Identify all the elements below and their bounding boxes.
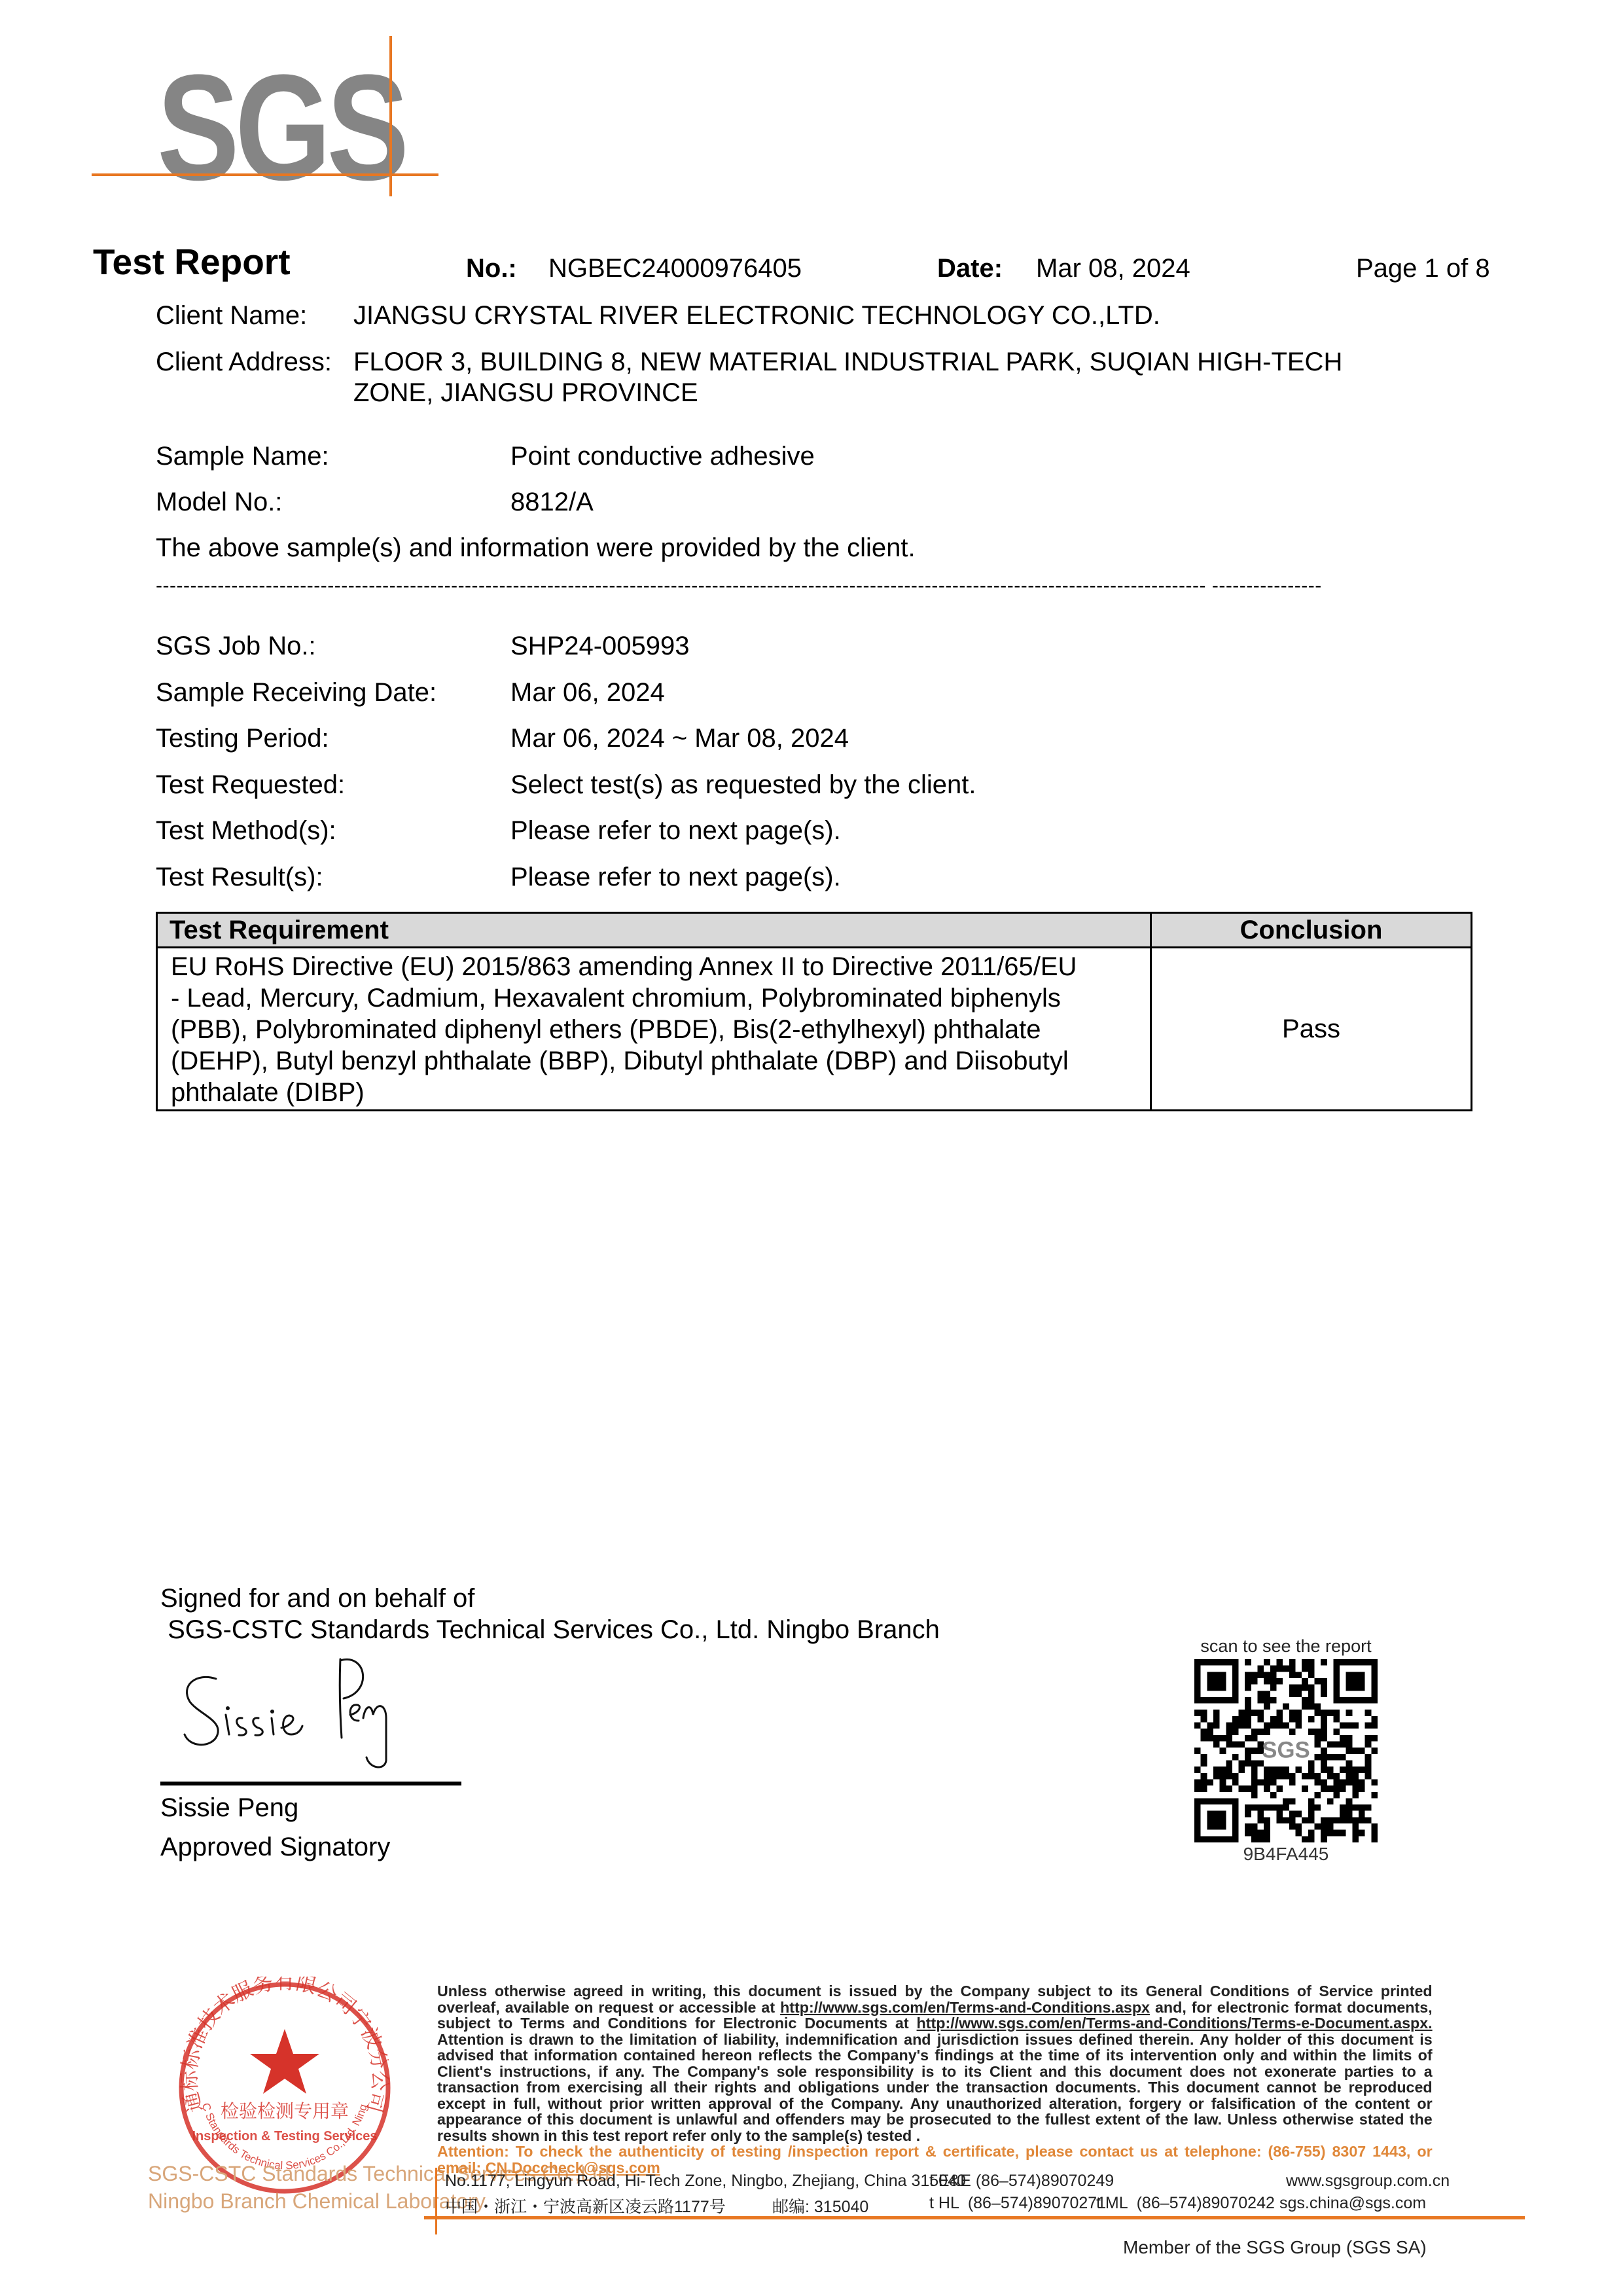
terms-conditions-link[interactable]: http://www.sgs.com/en/Terms-and-Conditio… [780, 1999, 1150, 2016]
postcode: 邮编: 315040 [772, 2194, 868, 2217]
address-vertical-rule [435, 2168, 437, 2234]
footer-orange-rule [424, 2216, 1525, 2219]
job-field-label: Test Result(s): [156, 863, 323, 892]
terms-e-document-link[interactable]: http://www.sgs.com/en/Terms-and-Conditio… [917, 2015, 1433, 2032]
logo-vertical-rule [389, 36, 392, 196]
handwritten-signature: Sissie Peng [177, 1653, 452, 1770]
requirement-line: EU RoHS Directive (EU) 2015/863 amending… [171, 951, 1137, 982]
qr-verification-code: 9B4FA445 [1178, 1844, 1394, 1865]
job-field-value: Mar 06, 2024 ~ Mar 08, 2024 [510, 724, 849, 753]
page-title: Test Report [93, 241, 291, 283]
phone-ml: t ML (86–574)89070242 [1096, 2194, 1275, 2213]
report-number-label: No.: [466, 254, 517, 283]
signing-company: SGS-CSTC Standards Technical Services Co… [160, 1615, 940, 1645]
qr-caption: scan to see the report [1178, 1636, 1394, 1657]
client-address-label: Client Address: [156, 348, 332, 377]
logo-horizontal-rule [92, 173, 438, 176]
requirement-line: (PBB), Polybrominated diphenyl ethers (P… [171, 1014, 1137, 1045]
svg-text:SGS: SGS [1262, 1738, 1310, 1763]
job-field-value: Mar 06, 2024 [510, 678, 665, 708]
job-field-value: Select test(s) as requested by the clien… [510, 770, 976, 800]
job-field-label: Test Requested: [156, 770, 345, 800]
authenticity-notice: Attention: To check the authenticity of … [437, 2144, 1433, 2176]
dashed-separator: ----------------------------------------… [156, 575, 1440, 597]
test-requirement-table: Test Requirement Conclusion EU RoHS Dire… [156, 912, 1472, 1111]
report-date: Mar 08, 2024 [1036, 254, 1190, 283]
sample-provided-note: The above sample(s) and information were… [156, 533, 916, 563]
sgs-logo: SGS [92, 36, 445, 206]
model-number-label: Model No.: [156, 488, 282, 517]
signature-line [160, 1782, 461, 1785]
client-address-line1: FLOOR 3, BUILDING 8, NEW MATERIAL INDUST… [353, 348, 1342, 377]
sample-name-label: Sample Name: [156, 442, 329, 471]
address-cn: 中国・浙江・宁波高新区凌云路1177号 [445, 2194, 726, 2217]
job-field-value: Please refer to next page(s). [510, 863, 841, 892]
requirement-line: (DEHP), Butyl benzyl phthalate (BBP), Di… [171, 1045, 1137, 1077]
sgs-group-membership: Member of the SGS Group (SGS SA) [1123, 2237, 1427, 2258]
requirement-line: phthalate (DIBP) [171, 1077, 1137, 1108]
svg-text:Sissie Peng: Sissie Peng [177, 1653, 232, 1655]
job-field-label: Sample Receiving Date: [156, 678, 437, 708]
page-number: Page 1 of 8 [1356, 254, 1490, 283]
job-field-value: Please refer to next page(s). [510, 816, 841, 846]
address-en: No.1177, Lingyun Road, Hi-Tech Zone, Nin… [445, 2172, 966, 2191]
requirement-line: - Lead, Mercury, Cadmium, Hexavalent chr… [171, 982, 1137, 1014]
column-header-conclusion: Conclusion [1151, 913, 1472, 948]
signed-for-label: Signed for and on behalf of [160, 1584, 474, 1613]
phone-ee: t E&E (86–574)89070249 [929, 2172, 1114, 2191]
client-name-label: Client Name: [156, 301, 307, 331]
report-number: NGBEC24000976405 [548, 254, 802, 283]
signatory-name: Sissie Peng [160, 1793, 298, 1823]
job-field-label: Testing Period: [156, 724, 329, 753]
requirement-cell: EU RoHS Directive (EU) 2015/863 amending… [157, 948, 1151, 1111]
report-date-label: Date: [937, 254, 1003, 283]
legal-disclaimer: Unless otherwise agreed in writing, this… [437, 1983, 1433, 2176]
client-name: JIANGSU CRYSTAL RIVER ELECTRONIC TECHNOL… [353, 301, 1160, 331]
contact-email: sgs.china@sgs.com [1279, 2194, 1426, 2213]
svg-text:检验检测专用章: 检验检测专用章 [221, 2100, 349, 2122]
phone-hl: t HL (86–574)89070271 [929, 2194, 1106, 2213]
table-row: EU RoHS Directive (EU) 2015/863 amending… [157, 948, 1472, 1111]
client-address-line2: ZONE, JIANGSU PROVINCE [353, 378, 698, 408]
model-number: 8812/A [510, 488, 594, 517]
job-field-label: SGS Job No.: [156, 632, 316, 661]
job-field-label: Test Method(s): [156, 816, 336, 846]
job-field-value: SHP24-005993 [510, 632, 690, 661]
column-header-requirement: Test Requirement [157, 913, 1151, 948]
website: www.sgsgroup.com.cn [1286, 2172, 1450, 2191]
report-qr-block: scan to see the report SGS 9B4FA445 [1178, 1636, 1394, 1865]
sample-name: Point conductive adhesive [510, 442, 815, 471]
table-header-row: Test Requirement Conclusion [157, 913, 1472, 948]
conclusion-cell: Pass [1151, 948, 1472, 1111]
signatory-role: Approved Signatory [160, 1833, 390, 1862]
qr-code-icon[interactable]: SGS [1194, 1659, 1378, 1842]
